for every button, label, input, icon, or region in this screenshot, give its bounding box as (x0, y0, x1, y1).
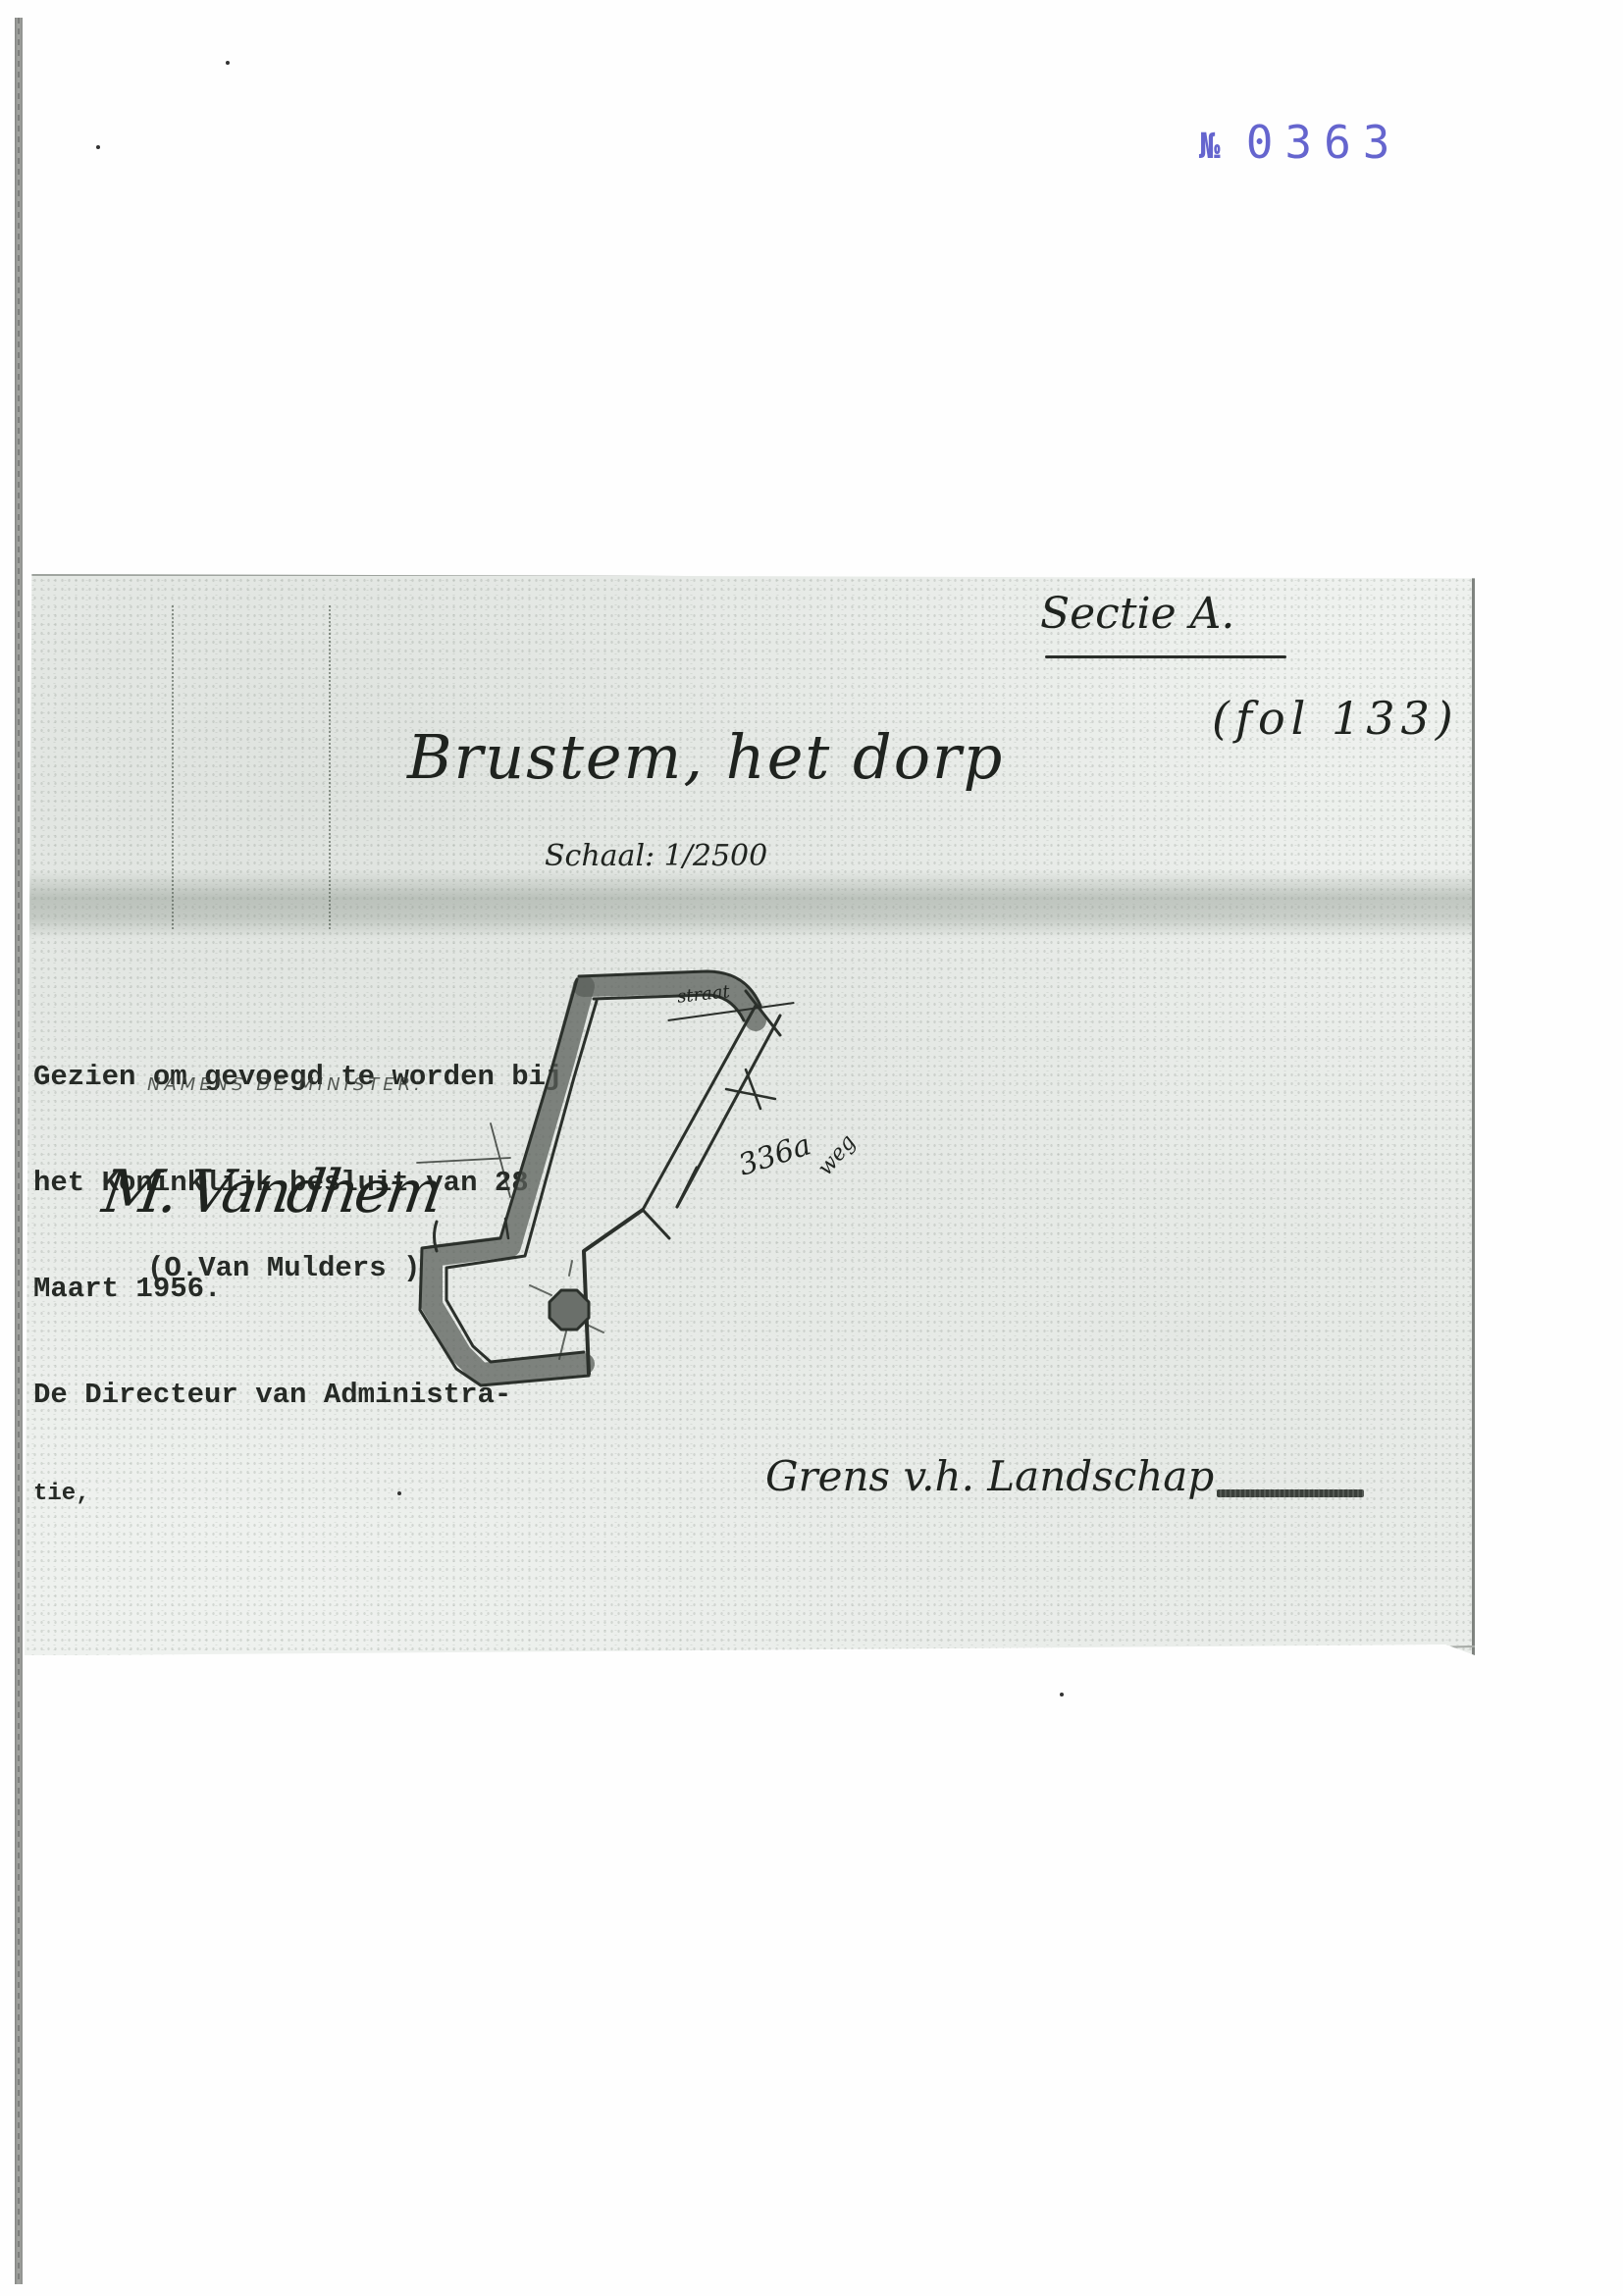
section-label: Sectie A. (1040, 589, 1234, 639)
legend-boundary-swatch (1217, 1489, 1364, 1497)
signer-name: (O.Van Mulders ) (147, 1251, 420, 1286)
section-underline (1045, 655, 1286, 658)
scan-speck (96, 145, 100, 149)
minister-overprint: NAMENS DE MINISTER: (147, 1074, 424, 1095)
sheet-edge (1472, 576, 1475, 1655)
dotted-guide-line (329, 605, 331, 929)
dotted-guide-line (172, 605, 174, 929)
grey-band (25, 870, 1475, 939)
parcel-map-sketch (412, 962, 1001, 1511)
scale-label: Schaal: 1/2500 (545, 839, 767, 873)
legend-label: Grens v.h. Landschap (765, 1452, 1214, 1500)
numero-sign: № (1199, 127, 1221, 167)
folio-label: (fol 133) (1212, 692, 1459, 745)
archive-number-stamp: № 0363 (1199, 116, 1401, 169)
scan-speck (226, 61, 230, 65)
scan-speck (1060, 1693, 1064, 1696)
scanned-page: № 0363 Sectie A. (fol 133) Brustem, het … (0, 0, 1623, 2296)
archive-number: 0363 (1246, 116, 1402, 169)
binding-strip (15, 18, 23, 2284)
signature: M. Vandhem (98, 1158, 443, 1226)
place-title: Brustem, het dorp (407, 721, 1004, 793)
scan-speck (397, 1491, 401, 1495)
